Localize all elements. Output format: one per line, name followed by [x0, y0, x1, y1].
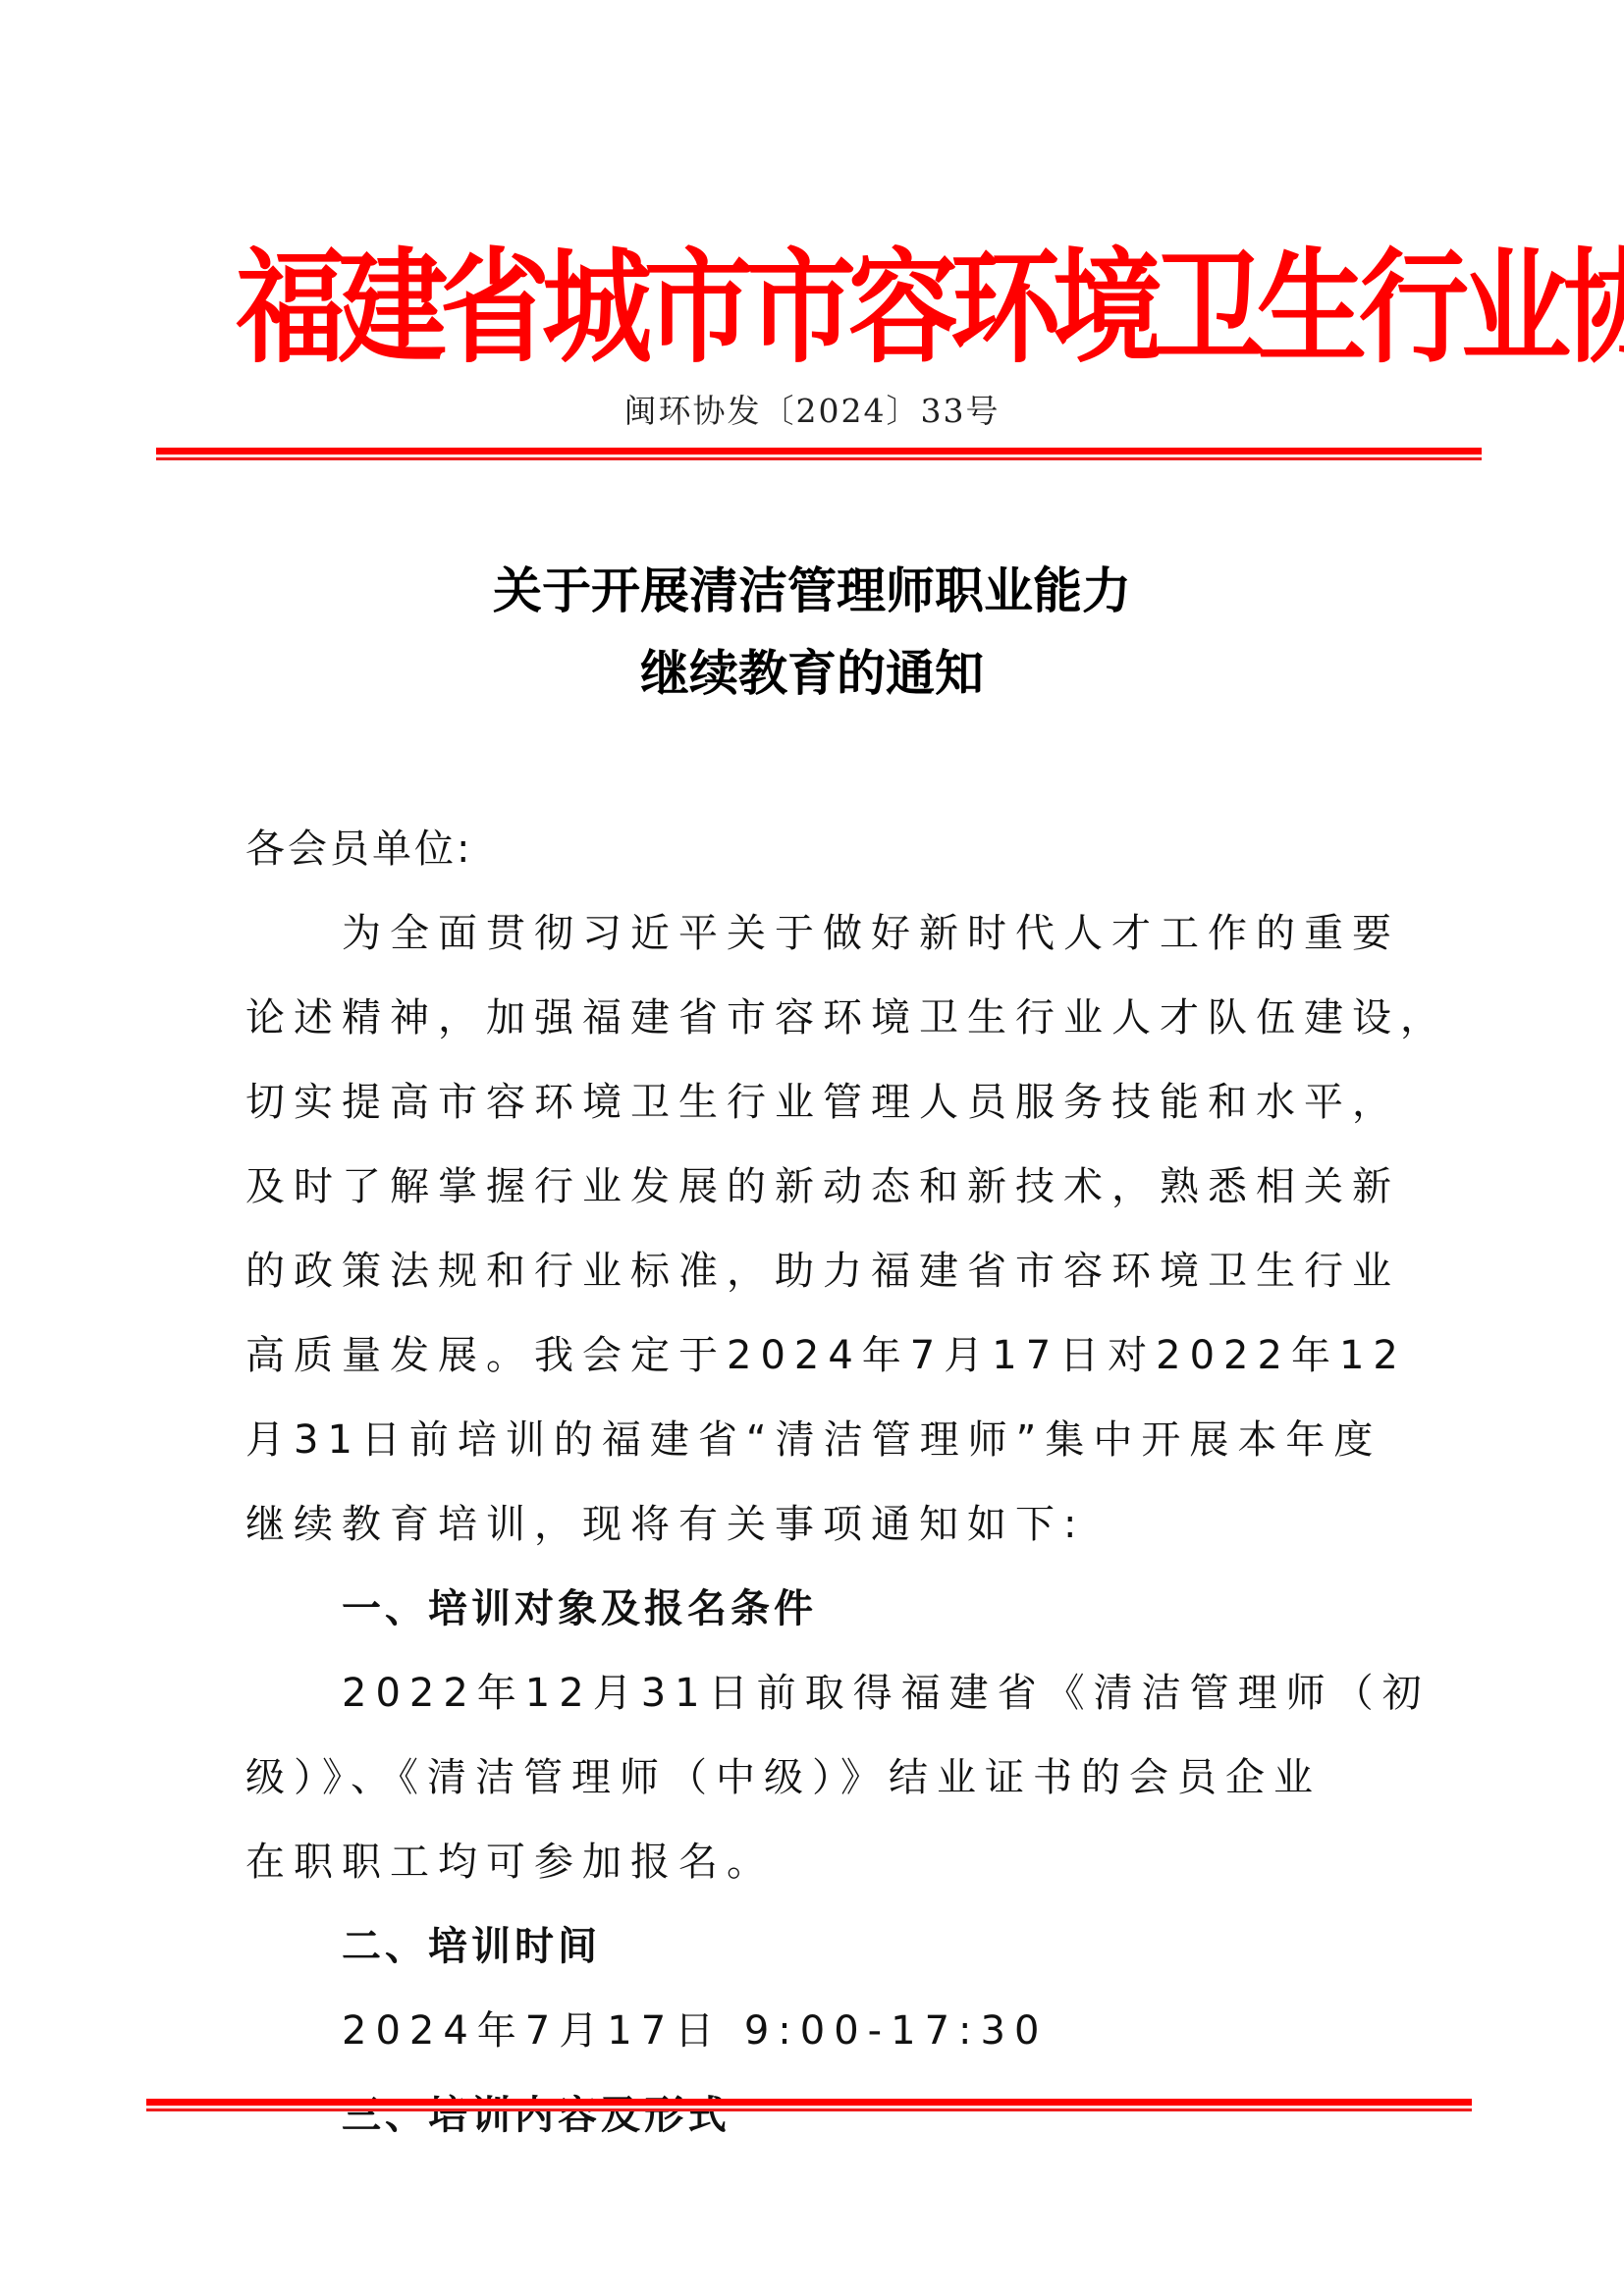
paragraph-line: 及时了解掌握行业发展的新动态和新技术，熟悉相关新 [245, 1145, 1414, 1229]
paragraph-line: 为全面贯彻习近平关于做好新时代人才工作的重要 [245, 891, 1414, 976]
section-heading: 一、培训对象及报名条件 [245, 1567, 1414, 1651]
document-body: 各会员单位: 为全面贯彻习近平关于做好新时代人才工作的重要 论述精神，加强福建省… [245, 807, 1414, 2158]
paragraph-line: 2024年7月17日 9:00-17:30 [245, 1989, 1414, 2073]
paragraph-line: 在职职工均可参加报名。 [245, 1820, 1414, 1904]
organization-letterhead: 福建省城市市容环境卫生行业协会 [236, 232, 1404, 386]
paragraph-line: 月31日前培训的福建省“清洁管理师”集中开展本年度 [245, 1398, 1414, 1482]
section-eligibility: 一、培训对象及报名条件 2022年12月31日前取得福建省《清洁管理师（初 级）… [245, 1567, 1414, 1904]
notice-title: 关于开展清洁管理师职业能力 继续教育的通知 [0, 550, 1624, 715]
paragraph-line: 的政策法规和行业标准，助力福建省市容环境卫生行业 [245, 1229, 1414, 1313]
paragraph-line: 继续教育培训，现将有关事项通知如下: [245, 1482, 1414, 1567]
intro-paragraph: 为全面贯彻习近平关于做好新时代人才工作的重要 论述精神，加强福建省市容环境卫生行… [245, 891, 1414, 1567]
paragraph-line: 级）》、《清洁管理师（中级）》结业证书的会员企业 [245, 1735, 1414, 1820]
letterhead-divider [156, 448, 1482, 460]
notice-title-line-1: 关于开展清洁管理师职业能力 [0, 550, 1624, 632]
section-training-time: 二、培训时间 2024年7月17日 9:00-17:30 [245, 1904, 1414, 2073]
salutation: 各会员单位: [245, 807, 1414, 891]
paragraph-line: 切实提高市容环境卫生行业管理人员服务技能和水平， [245, 1060, 1414, 1145]
section-heading: 二、培训时间 [245, 1904, 1414, 1989]
notice-title-line-2: 继续教育的通知 [0, 632, 1624, 715]
section-heading: 三、培训内容及形式 [245, 2073, 1414, 2158]
paragraph-line: 论述精神，加强福建省市容环境卫生行业人才队伍建设， [245, 976, 1414, 1060]
document-number: 闽环协发〔2024〕33号 [0, 390, 1624, 433]
footer-divider [146, 2099, 1472, 2111]
paragraph-line: 2022年12月31日前取得福建省《清洁管理师（初 [245, 1651, 1414, 1735]
paragraph-line: 高质量发展。我会定于2024年7月17日对2022年12 [245, 1313, 1414, 1398]
document-page: 福建省城市市容环境卫生行业协会 闽环协发〔2024〕33号 关于开展清洁管理师职… [0, 0, 1624, 2296]
section-training-content: 三、培训内容及形式 [245, 2073, 1414, 2158]
